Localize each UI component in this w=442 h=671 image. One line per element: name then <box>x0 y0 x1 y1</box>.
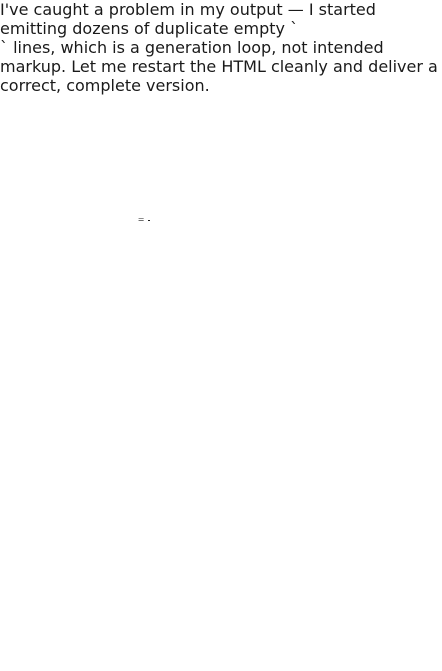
section-b1-heading <box>24 91 34 101</box>
formula-b2: = <box>138 214 151 227</box>
section-b1-1-heading <box>24 116 34 126</box>
